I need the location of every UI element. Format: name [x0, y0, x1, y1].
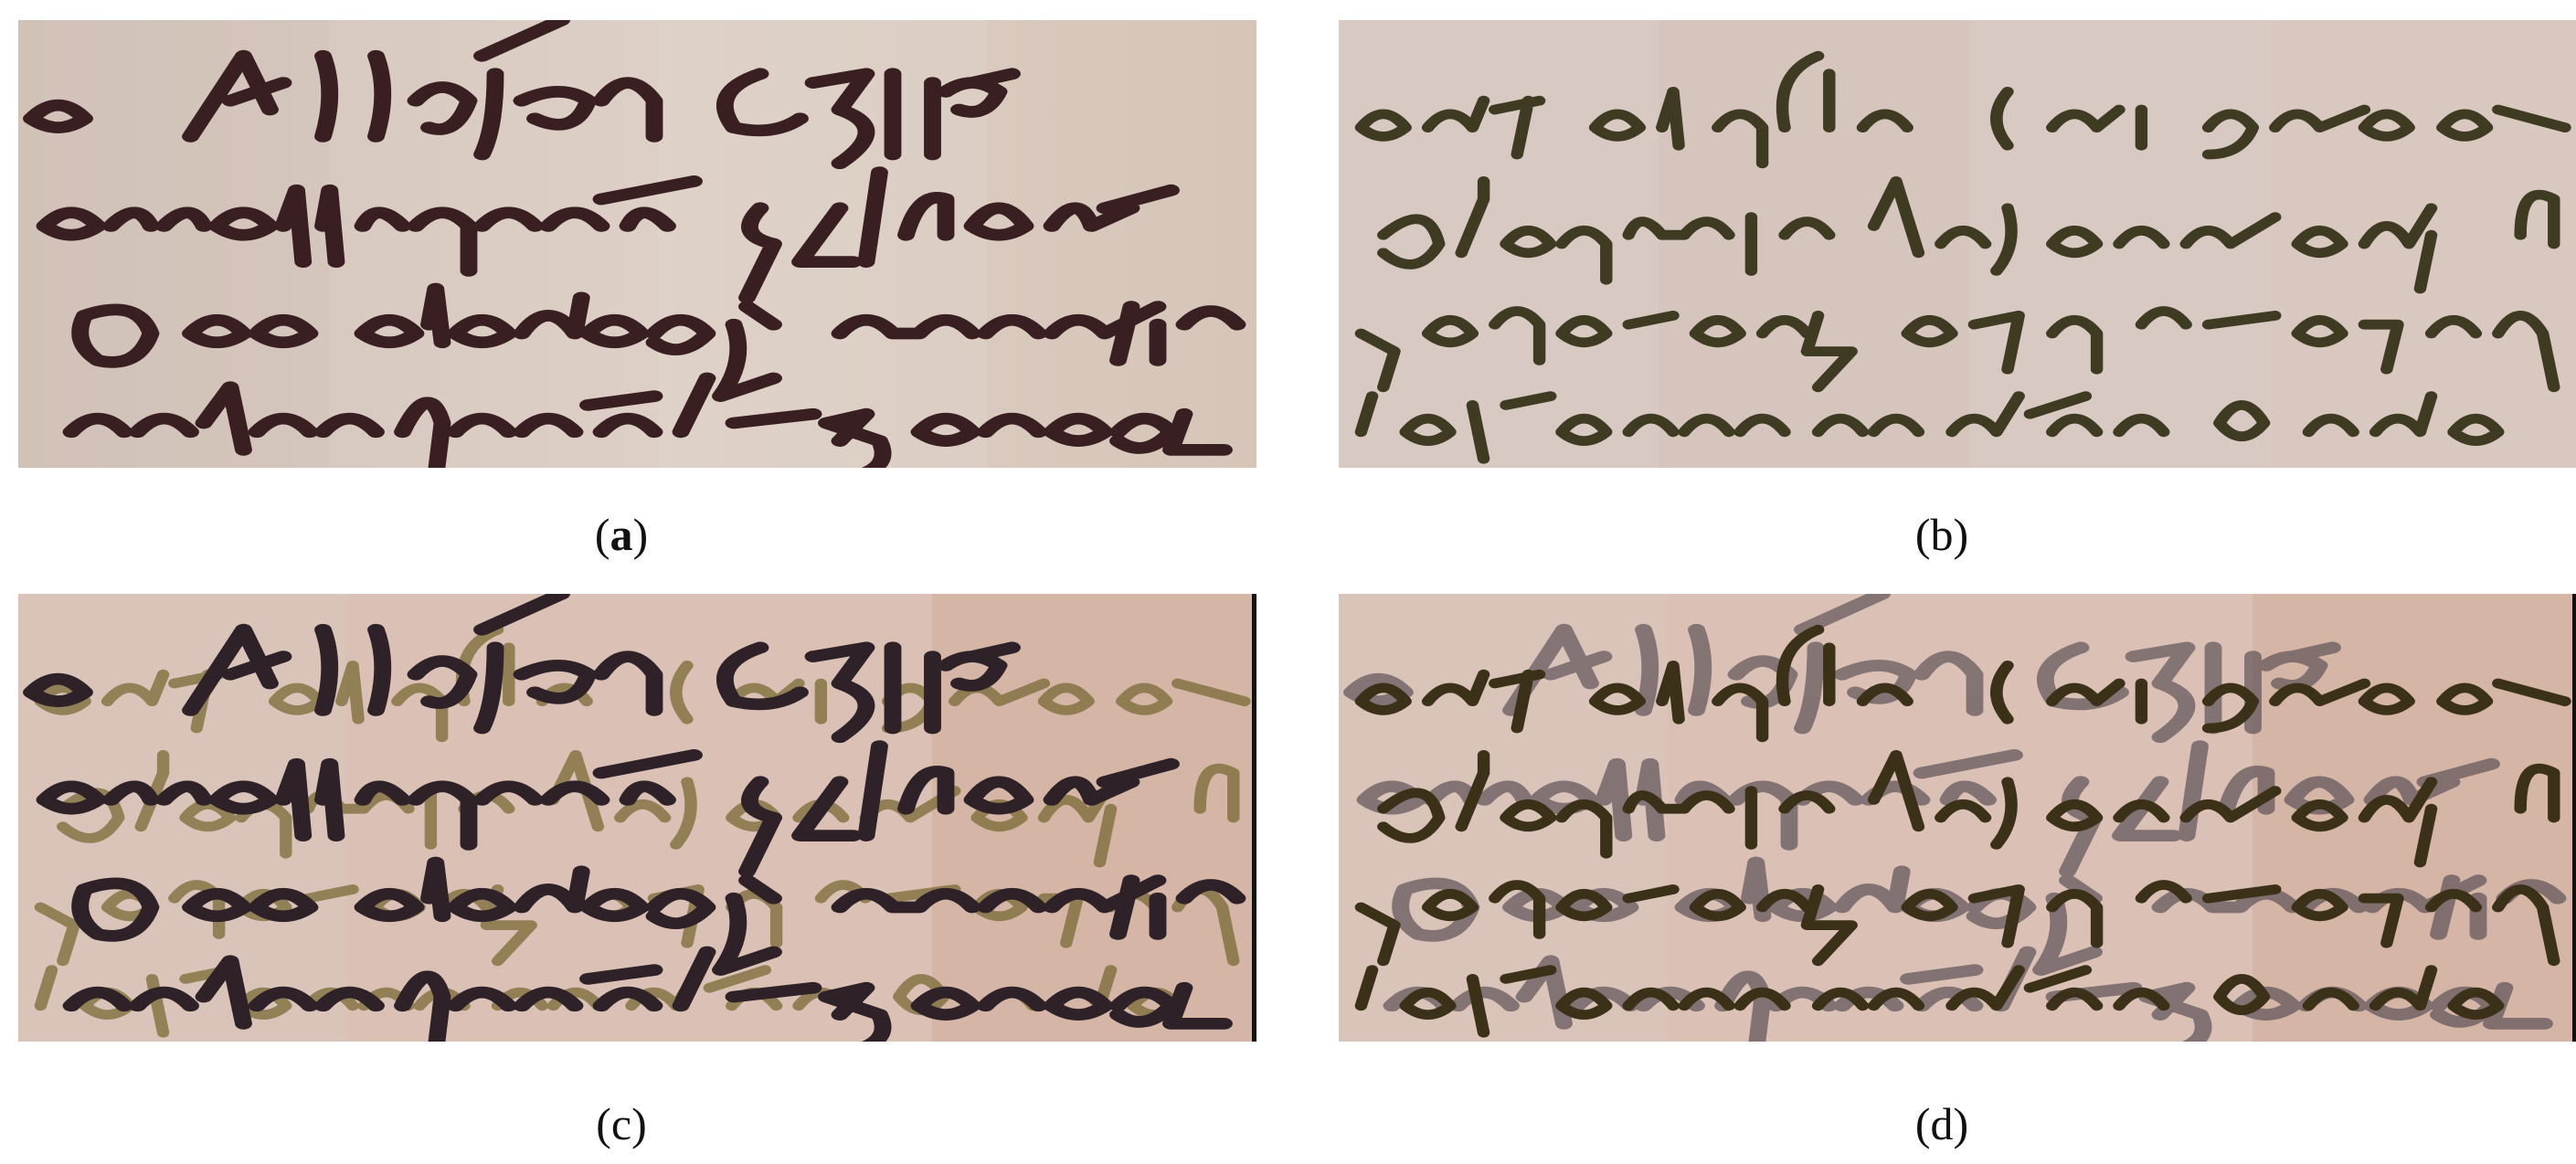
manuscript-verso-graphic [1339, 20, 2576, 468]
caption-b: (b) [1850, 512, 2033, 557]
panel-b-verso-image [1339, 20, 2576, 468]
panel-d-verso-overlay-image [1339, 594, 2576, 1042]
caption-a: (a) [530, 512, 713, 557]
panel-a-recto-image [18, 20, 1256, 468]
panel-border [2572, 594, 2576, 1042]
panel-c-recto-overlay-image [18, 594, 1256, 1042]
caption-d: (d) [1850, 1101, 2033, 1147]
overlay-verso-dominant-graphic [1339, 594, 2576, 1042]
overlay-recto-dominant-graphic [18, 594, 1256, 1042]
caption-c: (c) [530, 1101, 713, 1147]
manuscript-recto-graphic [18, 20, 1256, 468]
panel-border [1252, 594, 1256, 1042]
